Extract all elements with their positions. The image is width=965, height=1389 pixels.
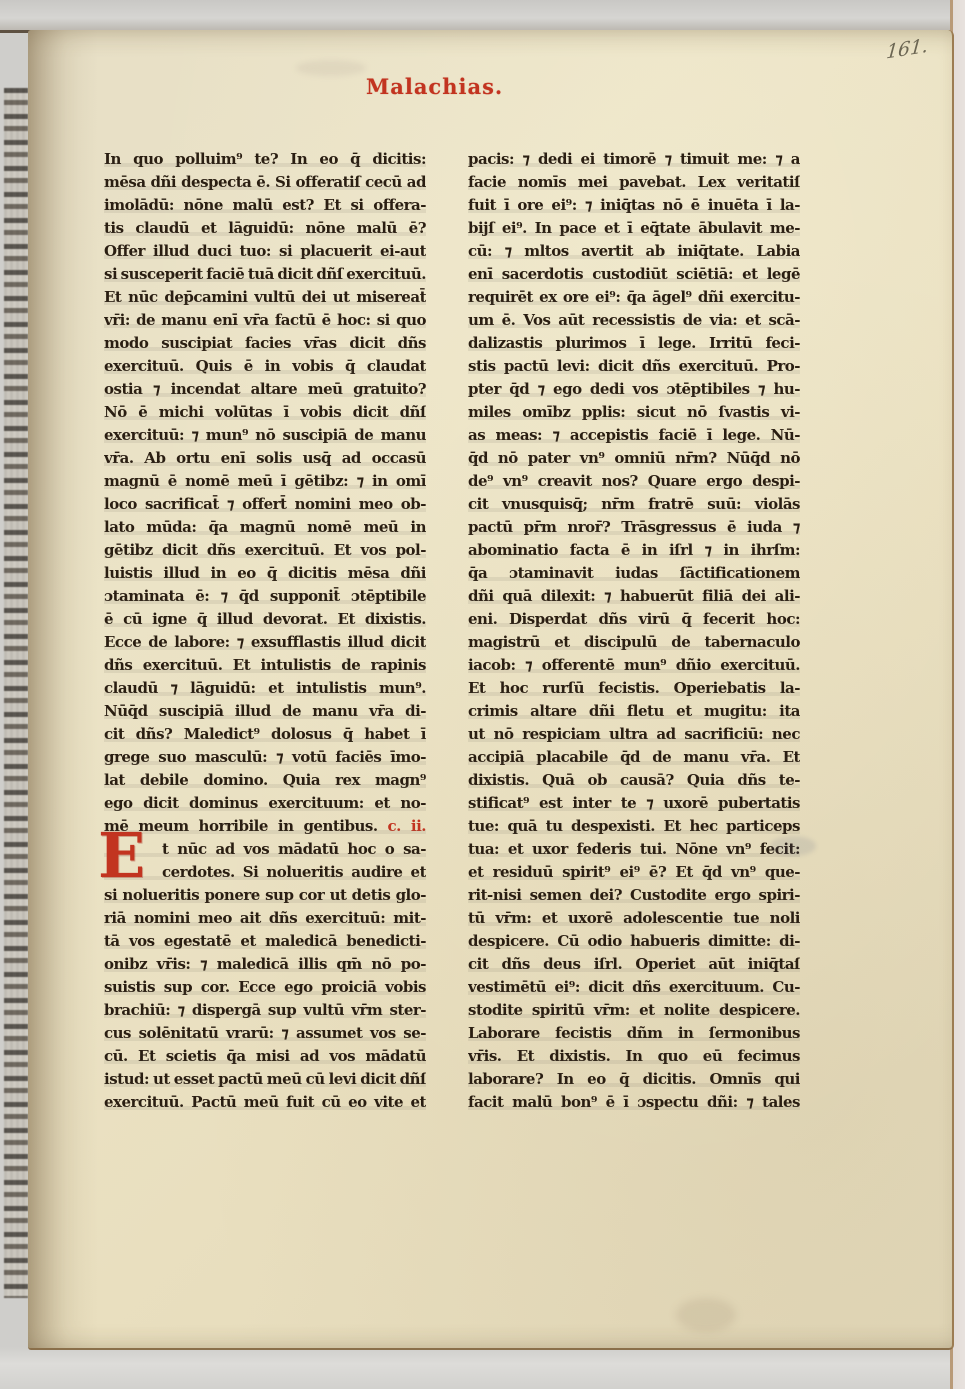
text-line: mēsa dñi despecta ē. Si offeratiſ cecū a… (104, 171, 426, 194)
text-line: um ē. Vos aūt recessistis de via: et scā… (468, 309, 800, 332)
text-line: tū vr̄m: et uxorē adolescentie tue noli (468, 907, 800, 930)
text-line: magnū ē nomē meū ī gētibz: ⁊ in omī (104, 470, 426, 493)
text-line: Et hoc rurſū fecistis. Operiebatis la- (468, 677, 800, 700)
text-line: gētibz dicit dñs exercituū. Et vos pol- (104, 539, 426, 562)
chapter-marker: c. ii. (378, 817, 426, 835)
text-line: iacob: ⁊ offerentē mun⁹ dñio exercituū. (468, 654, 800, 677)
text-line: dñs exercituū. Et intulistis de rapinis (104, 654, 426, 677)
text-line: eni. Disperdat dñs virū q̄ fecerit hoc: (468, 608, 800, 631)
text-line: stodite spiritū vr̄m: et nolite despicer… (468, 999, 800, 1022)
text-line: cus solēnitatū vrarū: ⁊ assumet vos se- (104, 1022, 426, 1045)
text-line: dixistis. Quā ob causā? Quia dñs te- (468, 769, 800, 792)
text-line: lato mūda: q̄a magnū nomē meū in (104, 516, 426, 539)
text-line: In quo polluim⁹ te? In eo q̄ dicitis: (104, 148, 426, 171)
text-line: ut nō respiciam ultra ad sacrificiū: nec (468, 723, 800, 746)
text-line: ɔtaminata ē: ⁊ q̄d supponit̄ ɔtēptibile (104, 585, 426, 608)
text-line: Nō ē michi volūtas ī vobis dicit dñſ (104, 401, 426, 424)
text-line: q̄a ɔtaminavit iudas ſāctificationem (468, 562, 800, 585)
text-line: pactū pr̄m nror̄? Trāsgressus ē iuda ⁊ (468, 516, 800, 539)
text-line: vr̄is. Et dixistis. In quo eū fecimus (468, 1045, 800, 1068)
text-line: si susceperit faciē tuā dicit dñſ exerci… (104, 263, 426, 286)
text-line: abominatio facta ē in iſrl ⁊ in ihrſm: (468, 539, 800, 562)
text-line: lat debile domino. Quia rex magn⁹ (104, 769, 426, 792)
drop-cap-initial: E (98, 832, 156, 882)
text-line: tua: et uxor federis tui. Nōne vn⁹ fecit… (468, 838, 800, 861)
text-line: tā vos egestatē et maledicā benedicti- (104, 930, 426, 953)
text-line: despicere. Cū odio habueris dimitte: di- (468, 930, 800, 953)
text-line: facie nomīs mei pavebat. Lex veritatiſ (468, 171, 800, 194)
manuscript-page: Malachias. 161. E In quo polluim⁹ te? In… (28, 30, 954, 1350)
photograph-background: Malachias. 161. E In quo polluim⁹ te? In… (0, 0, 965, 1389)
text-line: istud: ut esset pactū meū cū levi dicit … (104, 1068, 426, 1091)
running-header: Malachias. (366, 74, 503, 99)
folio-number: 161. (885, 34, 929, 63)
book-top-page-edges (0, 0, 965, 33)
text-line: grege suo masculū: ⁊ votū faciēs īmo- (104, 746, 426, 769)
text-line: miles omībz pplis: sicut nō ſvastis vi- (468, 401, 800, 424)
text-line: as meas: ⁊ accepistis faciē ī lege. Nū- (468, 424, 800, 447)
text-line: Laborare fecistis dñm in ſermonibus (468, 1022, 800, 1045)
text-line: stis pactū levi: dicit dñs exercituū. Pr… (468, 355, 800, 378)
text-line: laborare? In eo q̄ dicitis. Omnīs qui (468, 1068, 800, 1091)
text-line: accipiā placabile q̄d de manu vr̄a. Et (468, 746, 800, 769)
text-line: riā nomini meo ait dñs exercituū: mit- (104, 907, 426, 930)
text-line: onibz vr̄is: ⁊ maledicā illis qm̄ nō po- (104, 953, 426, 976)
text-line: ostia ⁊ incendat altare meū gratuito? (104, 378, 426, 401)
text-line: luistis illud in eo q̄ dicitis mēsa dñi (104, 562, 426, 585)
text-line: fuit ī ore ei⁹: ⁊ iniq̄tas nō ē inuēta ī… (468, 194, 800, 217)
text-line: cit vnusquisq̄; nr̄m fratrē suū: violās (468, 493, 800, 516)
text-line: Et nūc dep̄camini vultū dei ut misereat̄ (104, 286, 426, 309)
text-line: Ecce de labore: ⁊ exsufflastis illud dic… (104, 631, 426, 654)
text-line: requirēt ex ore ei⁹: q̄a āgel⁹ dñi exerc… (468, 286, 800, 309)
book-bottom-page-edges (0, 1347, 965, 1389)
column-right: pacis: ⁊ dedi ei timorē ⁊ timuit me: ⁊ a… (468, 148, 800, 1114)
text-line: facit malū bon⁹ ē ī ɔspectu dñi: ⁊ tales (468, 1091, 800, 1114)
text-line: dalizastis plurimos ī lege. Irritū feci- (468, 332, 800, 355)
text-line: si nolueritis ponere sup cor ut detis gl… (104, 884, 426, 907)
text-line: Nūq̄d suscipiā illud de manu vr̄a di- (104, 700, 426, 723)
text-line: cit dñs? Maledict⁹ dolosus q̄ habet ī (104, 723, 426, 746)
facing-page-text-fragments (4, 88, 28, 1298)
text-line: rit-nisi semen dei? Custodite ergo spiri… (468, 884, 800, 907)
text-line: et residuū spirit⁹ ei⁹ ē? Et q̄d vn⁹ que… (468, 861, 800, 884)
text-line: tue: quā tu despexisti. Et hec particeps (468, 815, 800, 838)
gutter-shadow (28, 30, 98, 1348)
stain (676, 1298, 736, 1332)
text-line: claudū ⁊ lāguidū: et intulistis mun⁹. (104, 677, 426, 700)
text-line: pter q̄d ⁊ ego dedi vos ɔtēptibiles ⁊ hu… (468, 378, 800, 401)
text-line: pacis: ⁊ dedi ei timorē ⁊ timuit me: ⁊ a (468, 148, 800, 171)
text-line: q̄d nō pater vn⁹ omniū nr̄m? Nūq̄d nō (468, 447, 800, 470)
text-line: Offer illud duci tuo: si placuerit ei-au… (104, 240, 426, 263)
text-line: cit dñs deus iſrl. Operiet aūt iniq̄taſ (468, 953, 800, 976)
text-line: exercituū. Pactū meū fuit cū eo vite et (104, 1091, 426, 1114)
text-line: cū: ⁊ mltos avertit ab iniq̄tate. Labia (468, 240, 800, 263)
text-line: dñi quā dilexit: ⁊ habuerūt filiā dei al… (468, 585, 800, 608)
text-line: suistis sup cor. Ecce ego proiciā vobis (104, 976, 426, 999)
text-line: exercituū: ⁊ mun⁹ nō suscipiā de manu (104, 424, 426, 447)
text-line: ego dicit dominus exercituum: et no- (104, 792, 426, 815)
text-line: exercituū. Quis ē in vobis q̄ claudat (104, 355, 426, 378)
text-line: brachiū: ⁊ dispergā sup vultū vr̄m ster- (104, 999, 426, 1022)
text-line: crimis altare dñi fletu et mugitu: ita (468, 700, 800, 723)
text-line: magistrū et discipulū de tabernaculo (468, 631, 800, 654)
text-line: vr̄a. Ab ortu enī solis usq̄ ad occasū (104, 447, 426, 470)
text-line: enī sacerdotis custodiūt sciētiā: et leg… (468, 263, 800, 286)
text-line: tis claudū et lāguidū: nōne malū ē? (104, 217, 426, 240)
text-line: loco sacrificat̄ ⁊ offert̄ nomini meo ob… (104, 493, 426, 516)
text-line: ē cū igne q̄ illud devorat. Et dixistis. (104, 608, 426, 631)
text-line: vr̄i: de manu enī vr̄a factū ē hoc: si q… (104, 309, 426, 332)
text-line: de⁹ vn⁹ creavit nos? Quare ergo despi- (468, 470, 800, 493)
column-left: E In quo polluim⁹ te? In eo q̄ dicitis:m… (104, 148, 426, 1114)
text-line: stificat⁹ est inter te ⁊ uxorē pubertati… (468, 792, 800, 815)
stain (296, 60, 366, 76)
text-line: vestimētū ei⁹: dicit dñs exercituum. Cu- (468, 976, 800, 999)
text-line: imolādū: nōne malū est? Et si offera- (104, 194, 426, 217)
text-line: bijſ ei⁹. In pace et ī eq̄tate ābulavit … (468, 217, 800, 240)
text-line: cū. Et scietis q̄a misi ad vos mādatū (104, 1045, 426, 1068)
text-line: modo suscipiat facies vr̄as dicit dñs (104, 332, 426, 355)
